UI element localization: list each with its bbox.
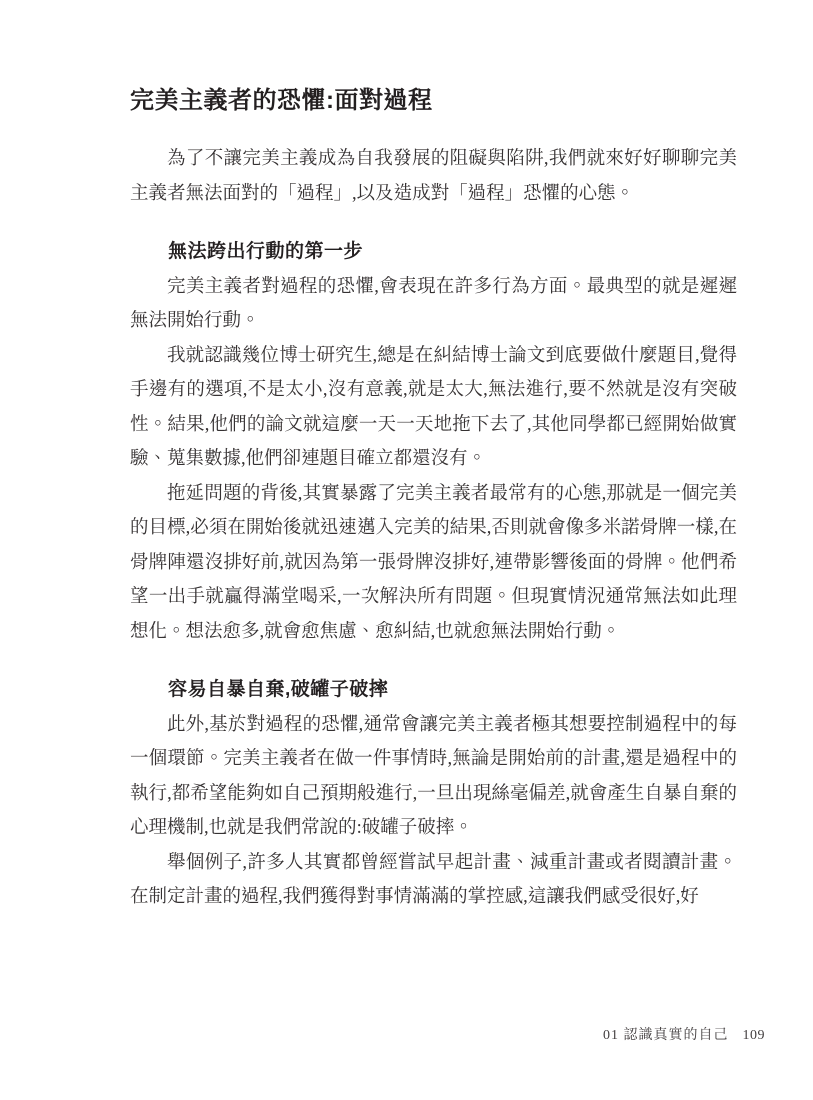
paragraph: 拖延問題的背後,其實暴露了完美主義者最常有的心態,那就是一個完美的目標,必須在開… (130, 477, 737, 650)
page-footer: 01 認識真實的自己109 (603, 1026, 765, 1046)
page-content: 完美主義者的恐懼:面對過程 為了不讓完美主義成為自我發展的阻礙與陷阱,我們就來好… (130, 84, 737, 915)
subsection-heading-1: 無法跨出行動的第一步 (130, 235, 737, 270)
paragraph: 舉個例子,許多人其實都曾經嘗試早起計畫、減重計畫或者閱讀計畫。在制定計畫的過程,… (130, 846, 737, 915)
paragraph: 完美主義者對過程的恐懼,會表現在許多行為方面。最典型的就是遲遲無法開始行動。 (130, 270, 737, 339)
subsection-heading-2: 容易自暴自棄,破罐子破摔 (130, 673, 737, 708)
page-title: 完美主義者的恐懼:面對過程 (130, 84, 737, 118)
book-page: 完美主義者的恐懼:面對過程 為了不讓完美主義成為自我發展的阻礙與陷阱,我們就來好… (0, 0, 813, 1100)
footer-chapter-label: 01 認識真實的自己 (603, 1028, 729, 1043)
paragraph: 此外,基於對過程的恐懼,通常會讓完美主義者極其想要控制過程中的每一個環節。完美主… (130, 708, 737, 846)
intro-paragraph: 為了不讓完美主義成為自我發展的阻礙與陷阱,我們就來好好聊聊完美主義者無法面對的「… (130, 142, 737, 211)
footer-page-number: 109 (743, 1028, 766, 1043)
paragraph: 我就認識幾位博士研究生,總是在糾結博士論文到底要做什麼題目,覺得手邊有的選項,不… (130, 339, 737, 477)
